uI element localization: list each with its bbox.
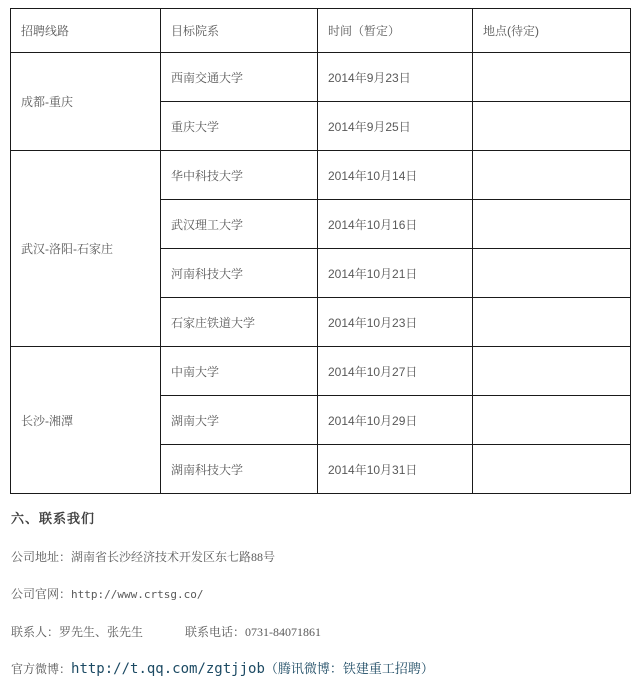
location-cell-empty	[473, 151, 631, 200]
university-cell: 河南科技大学	[161, 249, 318, 298]
recruitment-schedule-table: 招聘线路 目标院系 时间（暂定） 地点(待定) 成都-重庆 西南交通大学 201…	[10, 8, 631, 494]
header-time: 时间（暂定）	[318, 9, 473, 53]
location-cell-empty	[473, 396, 631, 445]
contact-heading: 六、联系我们	[11, 508, 631, 527]
location-cell-empty	[473, 249, 631, 298]
contact-persons: 联系人：罗先生、张先生	[11, 625, 143, 639]
contact-phone: 联系电话：0731-84071861	[185, 625, 321, 639]
date-cell: 2014年9月25日	[318, 102, 473, 151]
route-cell-chengdu-chongqing: 成都-重庆	[11, 53, 161, 151]
company-address-line: 公司地址：湖南省长沙经济技术开发区东七路88号	[11, 550, 631, 564]
location-cell-empty	[473, 445, 631, 494]
university-cell: 武汉理工大学	[161, 200, 318, 249]
weibo-label: 官方微博：	[11, 662, 71, 676]
university-cell: 西南交通大学	[161, 53, 318, 102]
university-cell: 重庆大学	[161, 102, 318, 151]
table-header-row: 招聘线路 目标院系 时间（暂定） 地点(待定)	[11, 9, 631, 53]
company-website-line: 公司官网：http://www.crtsg.co/	[11, 587, 631, 602]
official-weibo-line: 官方微博：http://t.qq.com/zgtjjob（腾讯微博：铁建重工招聘…	[11, 662, 631, 676]
location-cell-empty	[473, 298, 631, 347]
header-target-school: 目标院系	[161, 9, 318, 53]
date-cell: 2014年10月21日	[318, 249, 473, 298]
university-cell: 湖南科技大学	[161, 445, 318, 494]
university-cell: 中南大学	[161, 347, 318, 396]
weibo-note: （腾讯微博：铁建重工招聘）	[265, 661, 434, 676]
weibo-url-link[interactable]: http://t.qq.com/zgtjjob	[71, 661, 265, 677]
university-cell: 湖南大学	[161, 396, 318, 445]
route-cell-wuhan-luoyang-shijiazhuang: 武汉-洛阳-石家庄	[11, 151, 161, 347]
website-url: http://www.crtsg.co/	[71, 588, 203, 601]
document-page: 招聘线路 目标院系 时间（暂定） 地点(待定) 成都-重庆 西南交通大学 201…	[0, 0, 642, 676]
date-cell: 2014年10月31日	[318, 445, 473, 494]
table-row: 长沙-湘潭 中南大学 2014年10月27日	[11, 347, 631, 396]
table-row: 武汉-洛阳-石家庄 华中科技大学 2014年10月14日	[11, 151, 631, 200]
website-label: 公司官网：	[11, 587, 71, 601]
header-location: 地点(待定)	[473, 9, 631, 53]
date-cell: 2014年10月16日	[318, 200, 473, 249]
date-cell: 2014年10月29日	[318, 396, 473, 445]
date-cell: 2014年10月27日	[318, 347, 473, 396]
date-cell: 2014年9月23日	[318, 53, 473, 102]
location-cell-empty	[473, 200, 631, 249]
header-route: 招聘线路	[11, 9, 161, 53]
route-cell-changsha-xiangtan: 长沙-湘潭	[11, 347, 161, 494]
date-cell: 2014年10月14日	[318, 151, 473, 200]
location-cell-empty	[473, 53, 631, 102]
location-cell-empty	[473, 347, 631, 396]
contact-person-line: 联系人：罗先生、张先生联系电话：0731-84071861	[11, 625, 631, 639]
university-cell: 华中科技大学	[161, 151, 318, 200]
university-cell: 石家庄铁道大学	[161, 298, 318, 347]
contact-section: 六、联系我们 公司地址：湖南省长沙经济技术开发区东七路88号 公司官网：http…	[10, 508, 631, 676]
date-cell: 2014年10月23日	[318, 298, 473, 347]
location-cell-empty	[473, 102, 631, 151]
table-row: 成都-重庆 西南交通大学 2014年9月23日	[11, 53, 631, 102]
